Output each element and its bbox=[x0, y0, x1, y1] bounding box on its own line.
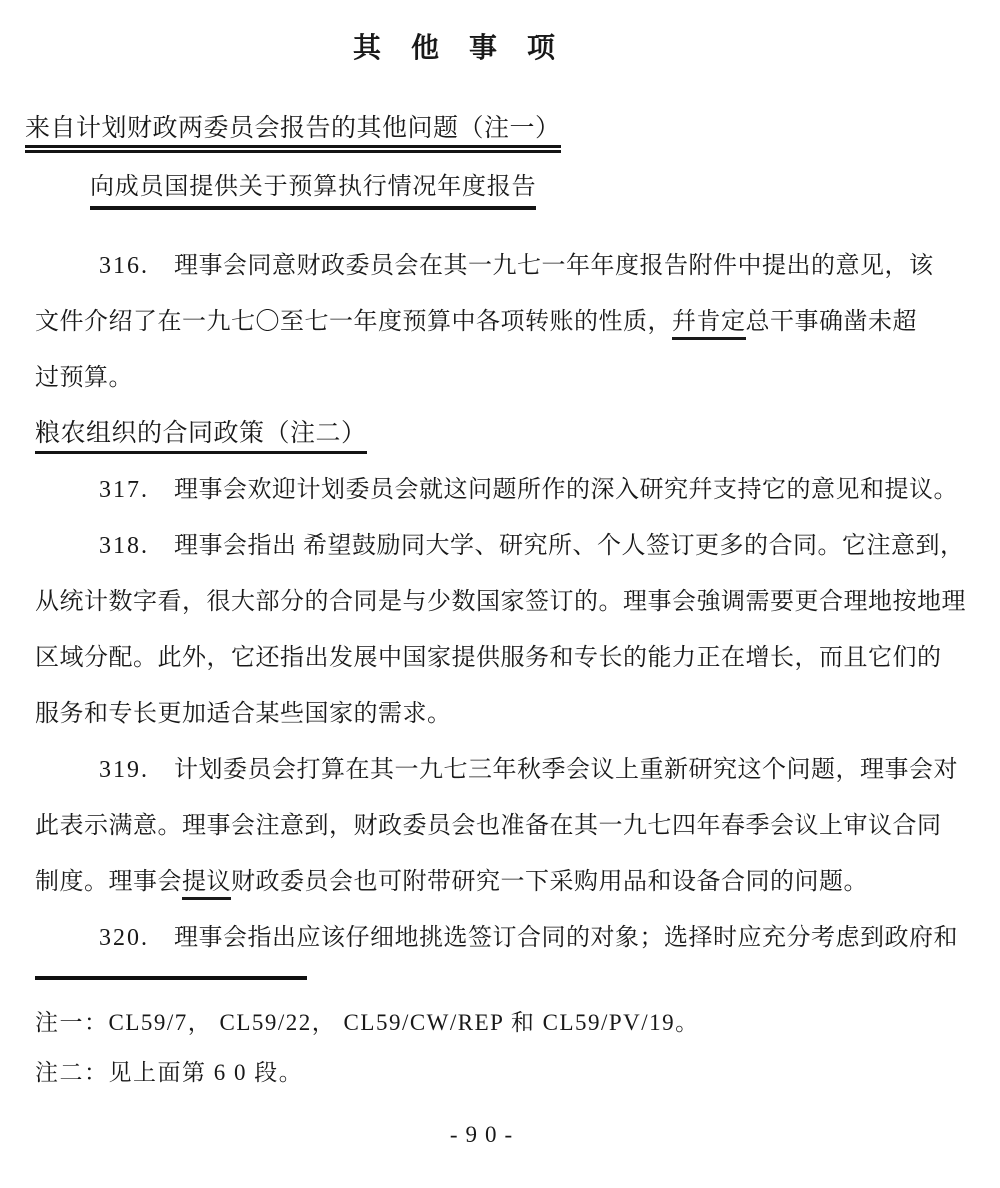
footnote-divider-rule bbox=[35, 976, 307, 980]
paragraph-316: 316.理事会同意财政委员会在其一九七一年年度报告附件中提出的意见，该 文件介绍… bbox=[35, 238, 985, 406]
section-heading-other-questions: 来自计划财政两委员会报告的其他问题（注一） bbox=[25, 108, 561, 144]
paragraph-317-text: 理事会欢迎计划委员会就这问题所作的深入研究幷支持它的意见和提议。 bbox=[174, 477, 958, 503]
paragraph-320: 320.理事会指出应该仔细地挑选签订合同的对象；选择时应充分考虑到政府和 bbox=[35, 910, 985, 966]
paragraph-318: 318.理事会指出 希望鼓励同大学、研究所、个人签订更多的合同。它注意到， 从统… bbox=[35, 518, 985, 742]
footnote-2-label: 注二： bbox=[35, 1060, 109, 1085]
paragraph-317: 317.理事会欢迎计划委员会就这问题所作的深入研究幷支持它的意见和提议。 bbox=[35, 462, 985, 518]
paragraph-319-underlined-phrase: 提议 bbox=[182, 869, 231, 900]
footnote-2-text: 见上面第 6 0 段。 bbox=[109, 1060, 304, 1085]
footnote-1: 注一：CL59/7， CL59/22， CL59/CW/REP 和 CL59/P… bbox=[35, 998, 985, 1048]
page-number: -90- bbox=[0, 1122, 970, 1148]
paragraph-318-text: 理事会指出 希望鼓励同大学、研究所、个人签订更多的合同。它注意到， 从统计数字看… bbox=[35, 533, 966, 727]
paragraph-319-number: 319. bbox=[99, 757, 149, 783]
paragraph-316-number: 316. bbox=[99, 253, 149, 279]
page-title: 其他事项 bbox=[353, 26, 585, 66]
paragraph-320-number: 320. bbox=[99, 925, 149, 951]
paragraph-316-underlined-phrase: 幷肯定 bbox=[672, 309, 746, 340]
document-page: 其他事项 来自计划财政两委员会报告的其他问题（注一） 向成员国提供关于预算执行情… bbox=[0, 0, 1000, 1188]
paragraph-319: 319.计划委员会打算在其一九七三年秋季会议上重新研究这个问题，理事会对 此表示… bbox=[35, 742, 985, 910]
paragraph-317-number: 317. bbox=[99, 477, 149, 503]
contract-policy-heading-text: 粮农组织的合同政策（注二） bbox=[35, 420, 367, 454]
paragraph-318-number: 318. bbox=[99, 533, 149, 559]
subsection-heading-text: 向成员国提供关于预算执行情况年度报告 bbox=[90, 174, 536, 210]
document-body: 316.理事会同意财政委员会在其一九七一年年度报告附件中提出的意见，该 文件介绍… bbox=[35, 238, 985, 1098]
footnote-1-text: CL59/7， CL59/22， CL59/CW/REP 和 CL59/PV/1… bbox=[109, 1010, 700, 1035]
paragraph-320-text: 理事会指出应该仔细地挑选签订合同的对象；选择时应充分考虑到政府和 bbox=[174, 925, 958, 951]
section-heading-text: 来自计划财政两委员会报告的其他问题（注一） bbox=[25, 115, 561, 153]
footnote-2: 注二：见上面第 6 0 段。 bbox=[35, 1048, 985, 1098]
paragraph-319-text-after: 财政委员会也可附带研究一下采购用品和设备合同的问题。 bbox=[231, 869, 868, 895]
subsection-heading-annual-report: 向成员国提供关于预算执行情况年度报告 bbox=[90, 166, 536, 201]
section-heading-contract-policy: 粮农组织的合同政策（注二） bbox=[35, 406, 985, 462]
footnote-1-label: 注一： bbox=[35, 1010, 109, 1035]
